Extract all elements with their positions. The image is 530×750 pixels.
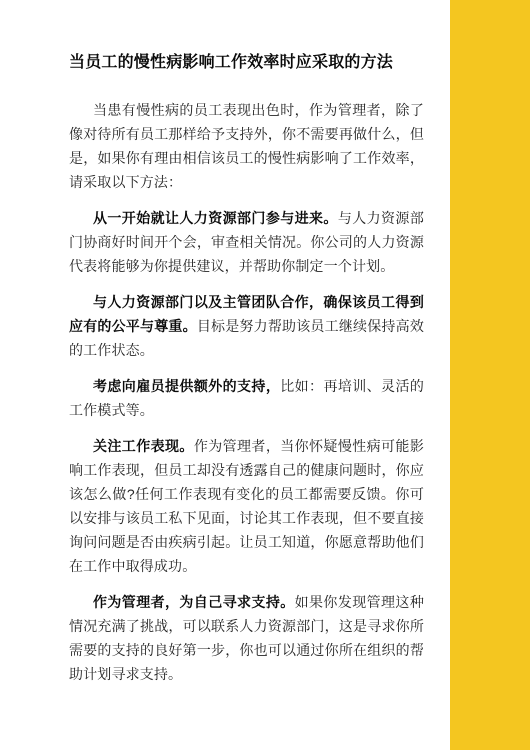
- article-paragraph: 关注工作表现。作为管理者，当你怀疑慢性病可能影响工作表现，但员工却没有透露自己的…: [69, 434, 424, 578]
- paragraph-lead: 关注工作表现。: [93, 438, 194, 454]
- paragraph-lead: 从一开始就让人力资源部门参与进来。: [93, 210, 338, 226]
- article-paragraph: 作为管理者，为自己寻求支持。如果你发现管理这种情况充满了挑战，可以联系人力资源部…: [69, 590, 424, 686]
- paragraph-lead: 考虑向雇员提供额外的支持，: [93, 378, 280, 394]
- article-paragraph: 当患有慢性病的员工表现出色时，作为管理者，除了像对待所有员工那样给予支持外，你不…: [69, 98, 424, 194]
- article-paragraph: 从一开始就让人力资源部门参与进来。与人力资源部门协商好时间开个会，审查相关情况。…: [69, 206, 424, 278]
- paragraph-body: 作为管理者，当你怀疑慢性病可能影响工作表现，但员工却没有透露自己的健康问题时，你…: [69, 438, 424, 574]
- article-title: 当员工的慢性病影响工作效率时应采取的方法: [69, 50, 424, 76]
- article-paragraph: 考虑向雇员提供额外的支持，比如：再培训、灵活的工作模式等。: [69, 374, 424, 422]
- accent-sidebar: [450, 0, 530, 750]
- paragraph-body: 当患有慢性病的员工表现出色时，作为管理者，除了像对待所有员工那样给予支持外，你不…: [69, 102, 424, 190]
- paragraph-lead: 作为管理者，为自己寻求支持。: [93, 594, 295, 610]
- article-paragraph: 与人力资源部门以及主管团队合作，确保该员工得到应有的公平与尊重。目标是努力帮助该…: [69, 290, 424, 362]
- article-content: 当员工的慢性病影响工作效率时应采取的方法 当患有慢性病的员工表现出色时，作为管理…: [69, 50, 424, 698]
- document-page: 当员工的慢性病影响工作效率时应采取的方法 当患有慢性病的员工表现出色时，作为管理…: [0, 0, 530, 750]
